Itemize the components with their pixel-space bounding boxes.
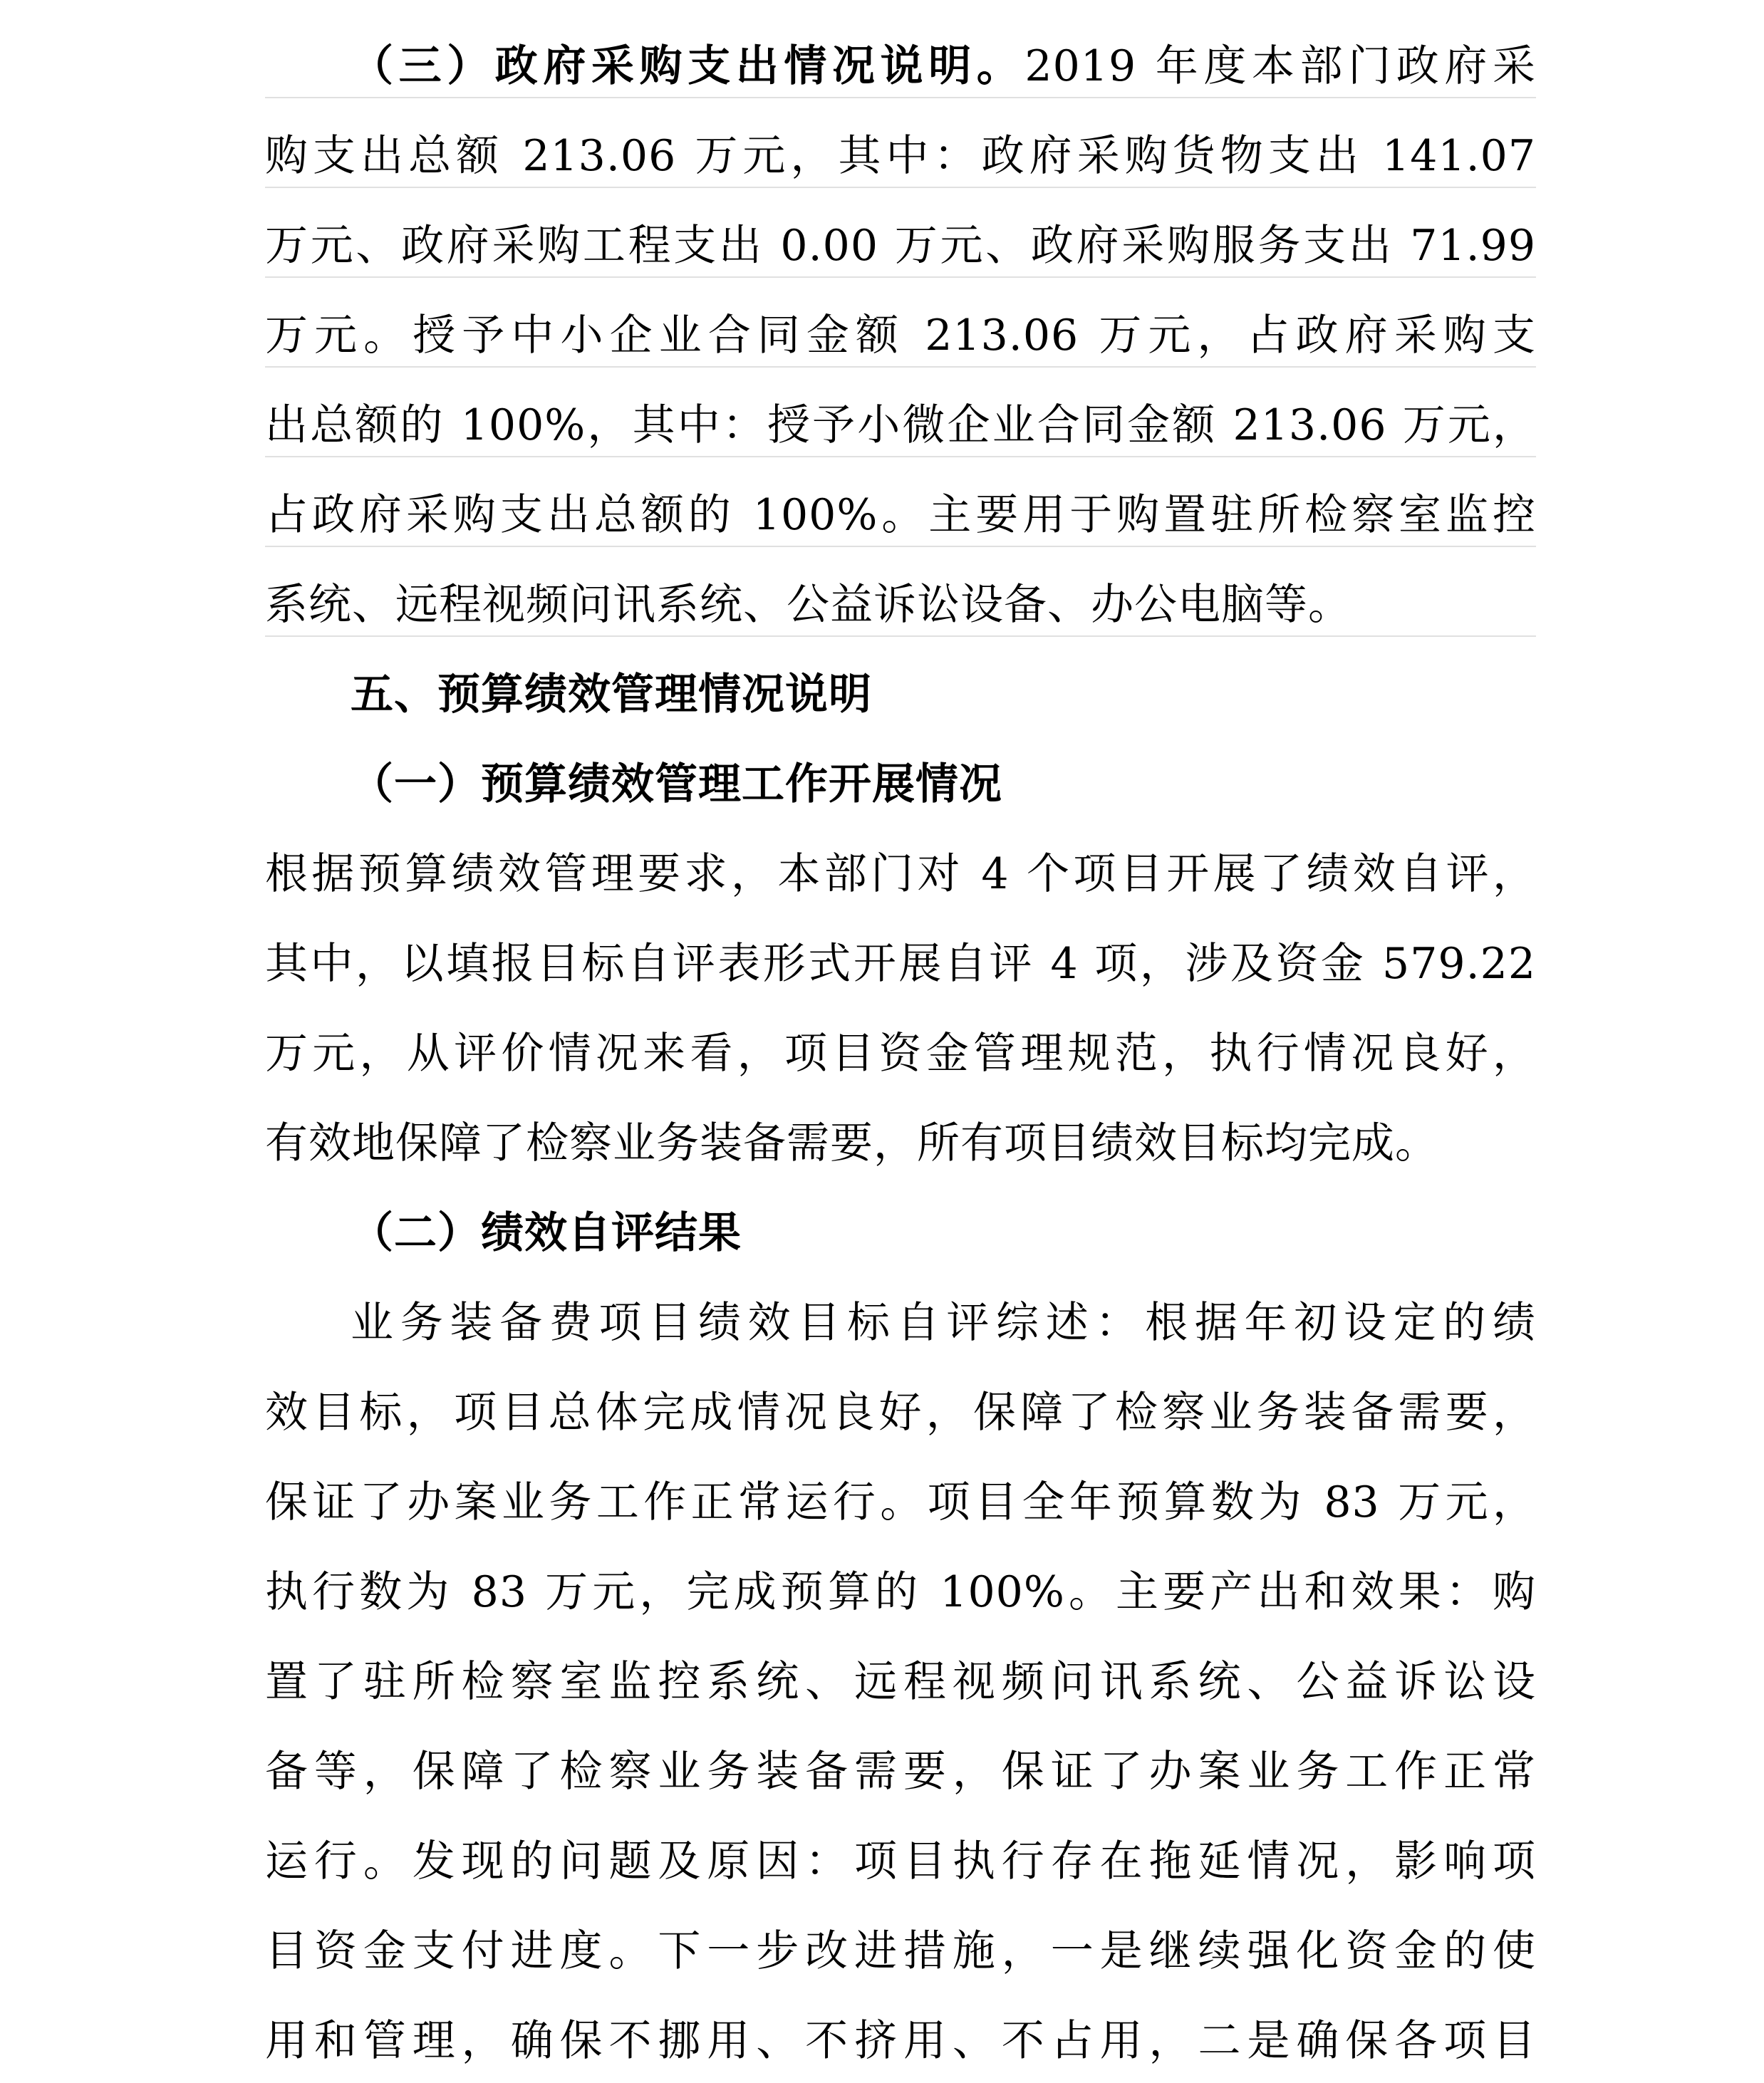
paragraph-line: 出总额的 100%，其中：授予小微企业合同金额 213.06 万元， <box>265 380 1536 470</box>
heading-section-5: 五、预算绩效管理情况说明 <box>265 650 1536 739</box>
run-in-heading-procurement: （三）政府采购支出情况说明。 <box>351 41 1024 91</box>
paragraph-line: 购支出总额 213.06 万元，其中：政府采购货物支出 141.07 <box>265 111 1536 201</box>
paragraph-line: 有效地保障了检察业务装备需要，所有项目绩效目标均完成。 <box>265 1098 1536 1188</box>
text-column: （三）政府采购支出情况说明。2019 年度本部门政府采 购支出总额 213.06… <box>265 21 1536 2083</box>
paragraph-line: 用和管理，确保不挪用、不挤用、不占用，二是确保各项目 <box>265 1996 1536 2083</box>
heading-subsection-1: （一）预算绩效管理工作开展情况 <box>265 739 1536 829</box>
paragraph-line: （三）政府采购支出情况说明。2019 年度本部门政府采 <box>265 21 1536 111</box>
paragraph-line: 业务装备费项目绩效目标自评综述：根据年初设定的绩 <box>265 1278 1536 1368</box>
paragraph-line: 万元，从评价情况来看，项目资金管理规范，执行情况良好， <box>265 1009 1536 1098</box>
paragraph-line: 备等，保障了检察业务装备需要，保证了办案业务工作正常 <box>265 1727 1536 1817</box>
document-page: { "page": { "background_color": "#ffffff… <box>0 0 1764 2083</box>
paragraph-line: 保证了办案业务工作正常运行。项目全年预算数为 83 万元， <box>265 1458 1536 1547</box>
paragraph-line: 其中，以填报目标自评表形式开展自评 4 项，涉及资金 579.22 <box>265 919 1536 1009</box>
heading-subsection-2: （二）绩效自评结果 <box>265 1188 1536 1278</box>
paragraph-line: 运行。发现的问题及原因：项目执行存在拖延情况，影响项 <box>265 1817 1536 1906</box>
paragraph-line: 占政府采购支出总额的 100%。主要用于购置驻所检察室监控 <box>265 470 1536 560</box>
paragraph-line: 效目标，项目总体完成情况良好，保障了检察业务装备需要， <box>265 1368 1536 1458</box>
paragraph-line: 系统、远程视频问讯系统、公益诉讼设备、办公电脑等。 <box>265 560 1536 650</box>
line-text: 2019 年度本部门政府采 <box>1024 41 1536 91</box>
paragraph-line: 执行数为 83 万元，完成预算的 100%。主要产出和效果：购 <box>265 1547 1536 1637</box>
paragraph-line: 万元。授予中小企业合同金额 213.06 万元，占政府采购支 <box>265 291 1536 380</box>
paragraph-line: 万元、政府采购工程支出 0.00 万元、政府采购服务支出 71.99 <box>265 201 1536 291</box>
paragraph-line: 根据预算绩效管理要求，本部门对 4 个项目开展了绩效自评， <box>265 829 1536 919</box>
paragraph-line: 目资金支付进度。下一步改进措施，一是继续强化资金的使 <box>265 1906 1536 1996</box>
paragraph-line: 置了驻所检察室监控系统、远程视频问讯系统、公益诉讼设 <box>265 1637 1536 1727</box>
